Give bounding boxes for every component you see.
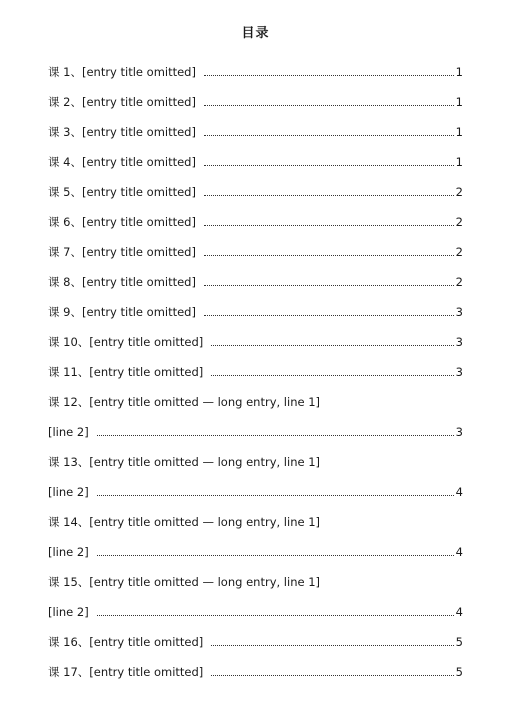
dot-leader xyxy=(204,285,454,286)
toc-entry[interactable]: 课 12、[entry title omitted — long entry, … xyxy=(48,387,463,447)
dot-leader xyxy=(204,105,454,106)
toc-title: 目录 xyxy=(48,22,463,41)
toc-entry-page-number: 1 xyxy=(456,87,463,117)
toc-entry-label: 课 7、[entry title omitted] xyxy=(48,237,196,267)
document-page: 目录 课 1、[entry title omitted]1课 2、[entry … xyxy=(0,0,529,728)
toc-entry[interactable]: 课 17、[entry title omitted]5 xyxy=(48,657,463,687)
toc-entry-label: 课 4、[entry title omitted] xyxy=(48,147,196,177)
toc-entry[interactable]: 课 13、[entry title omitted — long entry, … xyxy=(48,447,463,507)
toc-entry[interactable]: 课 6、[entry title omitted]2 xyxy=(48,207,463,237)
toc-entry-label: 课 2、[entry title omitted] xyxy=(48,87,196,117)
toc-entry-page-number: 2 xyxy=(456,177,463,207)
toc-entry-label: 课 3、[entry title omitted] xyxy=(48,117,196,147)
toc-entry-page-number: 5 xyxy=(456,627,463,657)
dot-leader xyxy=(204,255,454,256)
toc-entry-page-number: 5 xyxy=(456,657,463,687)
toc-entry[interactable]: 课 16、[entry title omitted]5 xyxy=(48,627,463,657)
toc-entry[interactable]: 课 9、[entry title omitted]3 xyxy=(48,297,463,327)
dot-leader xyxy=(97,495,454,496)
toc-entry[interactable]: 课 15、[entry title omitted — long entry, … xyxy=(48,567,463,627)
dot-leader xyxy=(211,375,453,376)
toc-entry-page-number: 1 xyxy=(456,117,463,147)
dot-leader xyxy=(97,615,454,616)
dot-leader xyxy=(204,75,454,76)
toc-entry-page-number: 4 xyxy=(456,537,463,567)
toc-entry-page-number: 4 xyxy=(456,597,463,627)
toc-list: 课 1、[entry title omitted]1课 2、[entry tit… xyxy=(48,57,463,687)
toc-entry-label: 课 10、[entry title omitted] xyxy=(48,327,203,357)
toc-entry-page-number: 1 xyxy=(456,57,463,87)
toc-entry[interactable]: 课 5、[entry title omitted]2 xyxy=(48,177,463,207)
toc-entry[interactable]: 课 2、[entry title omitted]1 xyxy=(48,87,463,117)
dot-leader xyxy=(204,165,454,166)
toc-entry-page-number: 2 xyxy=(456,207,463,237)
toc-entry[interactable]: 课 3、[entry title omitted]1 xyxy=(48,117,463,147)
toc-entry-page-number: 3 xyxy=(456,417,463,447)
toc-entry-page-number: 2 xyxy=(456,267,463,297)
toc-entry[interactable]: 课 14、[entry title omitted — long entry, … xyxy=(48,507,463,567)
toc-entry-page-number: 2 xyxy=(456,237,463,267)
toc-entry[interactable]: 课 7、[entry title omitted]2 xyxy=(48,237,463,267)
dot-leader xyxy=(211,645,453,646)
toc-entry-label: 课 1、[entry title omitted] xyxy=(48,57,196,87)
toc-entry-label-line1: 课 13、[entry title omitted — long entry, … xyxy=(48,447,463,477)
toc-entry[interactable]: 课 10、[entry title omitted]3 xyxy=(48,327,463,357)
dot-leader xyxy=(211,345,453,346)
toc-entry-label: 课 16、[entry title omitted] xyxy=(48,627,203,657)
toc-entry-label: 课 8、[entry title omitted] xyxy=(48,267,196,297)
toc-entry-label: [line 2] xyxy=(48,477,89,507)
toc-entry-page-number: 3 xyxy=(456,297,463,327)
dot-leader xyxy=(204,135,454,136)
toc-entry-label-line1: 课 14、[entry title omitted — long entry, … xyxy=(48,507,463,537)
toc-entry-label-line1: 课 15、[entry title omitted — long entry, … xyxy=(48,567,463,597)
toc-entry[interactable]: 课 11、[entry title omitted]3 xyxy=(48,357,463,387)
toc-entry-label: [line 2] xyxy=(48,417,89,447)
toc-entry-label: 课 11、[entry title omitted] xyxy=(48,357,203,387)
toc-entry-label: [line 2] xyxy=(48,597,89,627)
toc-entry[interactable]: 课 8、[entry title omitted]2 xyxy=(48,267,463,297)
toc-entry[interactable]: 课 4、[entry title omitted]1 xyxy=(48,147,463,177)
dot-leader xyxy=(211,675,453,676)
toc-entry-label: 课 5、[entry title omitted] xyxy=(48,177,196,207)
toc-entry-page-number: 3 xyxy=(456,327,463,357)
toc-entry-page-number: 1 xyxy=(456,147,463,177)
toc-entry-label: [line 2] xyxy=(48,537,89,567)
toc-entry-label: 课 17、[entry title omitted] xyxy=(48,657,203,687)
toc-entry-page-number: 4 xyxy=(456,477,463,507)
toc-entry-label: 课 9、[entry title omitted] xyxy=(48,297,196,327)
toc-entry[interactable]: 课 1、[entry title omitted]1 xyxy=(48,57,463,87)
dot-leader xyxy=(97,435,454,436)
dot-leader xyxy=(204,315,454,316)
dot-leader xyxy=(97,555,454,556)
toc-entry-page-number: 3 xyxy=(456,357,463,387)
toc-entry-label: 课 6、[entry title omitted] xyxy=(48,207,196,237)
dot-leader xyxy=(204,195,454,196)
dot-leader xyxy=(204,225,454,226)
toc-entry-label-line1: 课 12、[entry title omitted — long entry, … xyxy=(48,387,463,417)
